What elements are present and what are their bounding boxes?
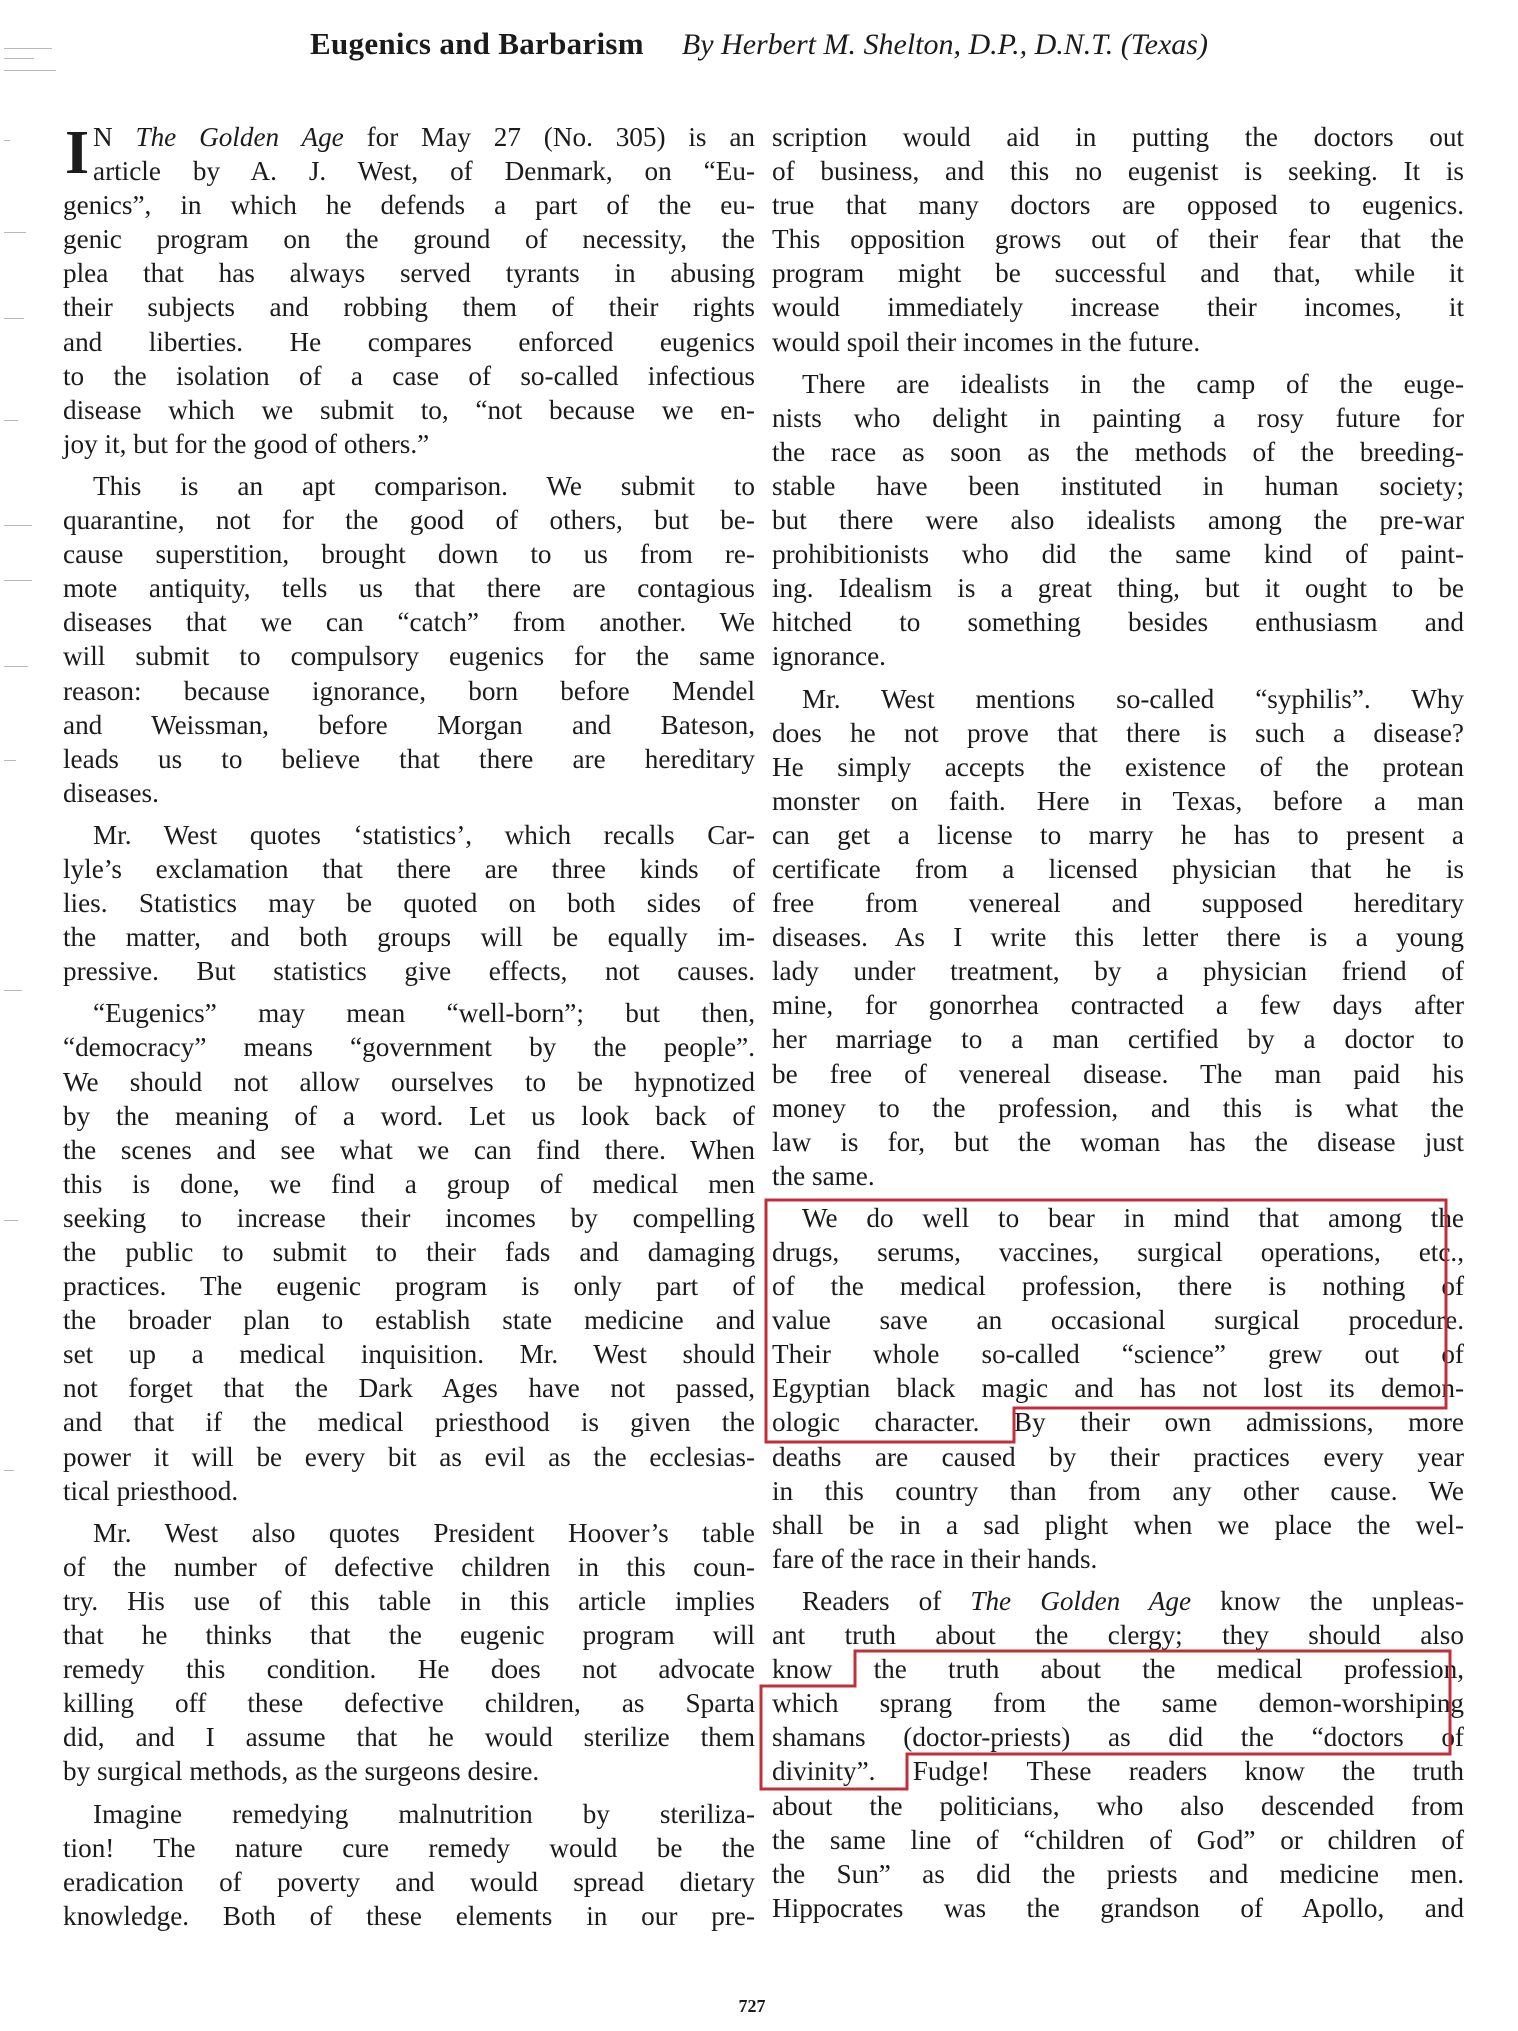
text-line: Their whole so-called “science” grew out… bbox=[772, 1337, 1464, 1371]
text-line: not forget that the Dark Ages have not p… bbox=[63, 1371, 755, 1405]
text-line: mine, for gonorrhea contracted a few day… bbox=[772, 988, 1464, 1022]
text-line: Mr. West mentions so-called “syphilis”. … bbox=[772, 682, 1464, 716]
text-line: Imagine remedying malnutrition by steril… bbox=[63, 1797, 755, 1831]
text-line: Mr. West quotes ‘statistics’, which reca… bbox=[63, 818, 755, 852]
text-line: remedy this condition. He does not advoc… bbox=[63, 1652, 755, 1686]
text-line: fare of the race in their hands. bbox=[772, 1542, 1464, 1576]
article-title: Eugenics and Barbarism bbox=[310, 26, 644, 61]
right-column: scription would aid in putting the docto… bbox=[772, 120, 1464, 1925]
text-line: try. His use of this table in this artic… bbox=[63, 1584, 755, 1618]
text-line: ologic character. By their own admission… bbox=[772, 1405, 1464, 1439]
text-line: and liberties. He compares enforced euge… bbox=[63, 325, 755, 359]
text-line: This opposition grows out of their fear … bbox=[772, 222, 1464, 256]
text-line: money to the profession, and this is wha… bbox=[772, 1091, 1464, 1125]
text-line: quarantine, not for the good of others, … bbox=[63, 503, 755, 537]
text-line: I N The Golden Age for May 27 (No. 305) … bbox=[63, 120, 755, 154]
text-line: divinity”. Fudge! These readers know the… bbox=[772, 1754, 1464, 1788]
text-line: be free of venereal disease. The man pai… bbox=[772, 1057, 1464, 1091]
text-line: program might be successful and that, wh… bbox=[772, 256, 1464, 290]
text-line: about the politicians, who also descende… bbox=[772, 1789, 1464, 1823]
page-number: 727 bbox=[722, 1996, 782, 2017]
publication-title: The Golden Age bbox=[970, 1586, 1191, 1616]
text-line: mote antiquity, tells us that there are … bbox=[63, 571, 755, 605]
text-line: their subjects and robbing them of their… bbox=[63, 290, 755, 324]
text-line: and Weissman, before Morgan and Bateson, bbox=[63, 708, 755, 742]
paragraph: Mr. West also quotes President Hoover’s … bbox=[63, 1516, 755, 1789]
paragraph: There are idealists in the camp of the e… bbox=[772, 367, 1464, 674]
text-line: by surgical methods, as the surgeons des… bbox=[63, 1754, 755, 1788]
left-column: I N The Golden Age for May 27 (No. 305) … bbox=[63, 120, 755, 1933]
text-line: by the meaning of a word. Let us look ba… bbox=[63, 1099, 755, 1133]
text-line: tion! The nature cure remedy would be th… bbox=[63, 1831, 755, 1865]
text-line: the race as soon as the methods of the b… bbox=[772, 435, 1464, 469]
text-line: scription would aid in putting the docto… bbox=[772, 120, 1464, 154]
text-line: monster on faith. Here in Texas, before … bbox=[772, 784, 1464, 818]
text-line: killing off these defective children, as… bbox=[63, 1686, 755, 1720]
text-line: and that if the medical priesthood is gi… bbox=[63, 1405, 755, 1439]
text-line: her marriage to a man certified by a doc… bbox=[772, 1022, 1464, 1056]
text-line: of the number of defective children in t… bbox=[63, 1550, 755, 1584]
text-line: seeking to increase their incomes by com… bbox=[63, 1201, 755, 1235]
text-line: know the truth about the medical profess… bbox=[772, 1652, 1464, 1686]
text-line: joy it, but for the good of others.” bbox=[63, 427, 755, 461]
text-line: shall be in a sad plight when we place t… bbox=[772, 1508, 1464, 1542]
text-line: power it will be every bit as evil as th… bbox=[63, 1440, 755, 1474]
text-line: the same line of “children of God” or ch… bbox=[772, 1823, 1464, 1857]
text-line: genic program on the ground of necessity… bbox=[63, 222, 755, 256]
text-line: the broader plan to establish state medi… bbox=[63, 1303, 755, 1337]
text-line: law is for, but the woman has the diseas… bbox=[772, 1125, 1464, 1159]
text-line: article by A. J. West, of Denmark, on “E… bbox=[63, 154, 755, 188]
text-line: diseases that we can “catch” from anothe… bbox=[63, 605, 755, 639]
text-line: pressive. But statistics give effects, n… bbox=[63, 954, 755, 988]
text-line: the scenes and see what we can find ther… bbox=[63, 1133, 755, 1167]
paragraph: “Eugenics” may mean “well-born”; but the… bbox=[63, 996, 755, 1507]
text-line: that he thinks that the eugenic program … bbox=[63, 1618, 755, 1652]
text-line: practices. The eugenic program is only p… bbox=[63, 1269, 755, 1303]
paragraph-highlighted: We do well to bear in mind that among th… bbox=[772, 1201, 1464, 1576]
text-line: cause superstition, brought down to us f… bbox=[63, 537, 755, 571]
paragraph: This is an apt comparison. We submit to … bbox=[63, 469, 755, 810]
text-line: reason: because ignorance, born before M… bbox=[63, 674, 755, 708]
text-line: of business, and this no eugenist is see… bbox=[772, 154, 1464, 188]
text-line: Egyptian black magic and has not lost it… bbox=[772, 1371, 1464, 1405]
text-line: ignorance. bbox=[772, 639, 1464, 673]
article-heading: Eugenics and Barbarism By Herbert M. She… bbox=[0, 26, 1518, 62]
text-line: the public to submit to their fads and d… bbox=[63, 1235, 755, 1269]
text-line: the Sun” as did the priests and medicine… bbox=[772, 1857, 1464, 1891]
text-line: eradication of poverty and would spread … bbox=[63, 1865, 755, 1899]
text-line: diseases. bbox=[63, 776, 755, 810]
text-line: diseases. As I write this letter there i… bbox=[772, 920, 1464, 954]
text-line: set up a medical inquisition. Mr. West s… bbox=[63, 1337, 755, 1371]
paragraph: scription would aid in putting the docto… bbox=[772, 120, 1464, 359]
text-line: lies. Statistics may be quoted on both s… bbox=[63, 886, 755, 920]
text-line: did, and I assume that he would steriliz… bbox=[63, 1720, 755, 1754]
text-line: prohibitionists who did the same kind of… bbox=[772, 537, 1464, 571]
paragraph: Mr. West quotes ‘statistics’, which reca… bbox=[63, 818, 755, 988]
text-line: “democracy” means “government by the peo… bbox=[63, 1030, 755, 1064]
article-byline: By Herbert M. Shelton, D.P., D.N.T. (Tex… bbox=[682, 28, 1208, 61]
text-line: certificate from a licensed physician th… bbox=[772, 852, 1464, 886]
text-line: tical priesthood. bbox=[63, 1474, 755, 1508]
text-line: This is an apt comparison. We submit to bbox=[63, 469, 755, 503]
text-line: but there were also idealists among the … bbox=[772, 503, 1464, 537]
paragraph: Mr. West mentions so-called “syphilis”. … bbox=[772, 682, 1464, 1193]
text-line: genics”, in which he defends a part of t… bbox=[63, 188, 755, 222]
text-line: in this country than from any other caus… bbox=[772, 1474, 1464, 1508]
text-line: Mr. West also quotes President Hoover’s … bbox=[63, 1516, 755, 1550]
text-line: nists who delight in painting a rosy fut… bbox=[772, 401, 1464, 435]
text-line: hitched to something besides enthusiasm … bbox=[772, 605, 1464, 639]
text-line: value save an occasional surgical proced… bbox=[772, 1303, 1464, 1337]
text-line: lady under treatment, by a physician fri… bbox=[772, 954, 1464, 988]
text-line: We should not allow ourselves to be hypn… bbox=[63, 1065, 755, 1099]
text-line: lyle’s exclamation that there are three … bbox=[63, 852, 755, 886]
paragraph: Imagine remedying malnutrition by steril… bbox=[63, 1797, 755, 1933]
text-line: the same. bbox=[772, 1159, 1464, 1193]
text-line: drugs, serums, vaccines, surgical operat… bbox=[772, 1235, 1464, 1269]
text-line: does he not prove that there is such a d… bbox=[772, 716, 1464, 750]
text-line: this is done, we find a group of medical… bbox=[63, 1167, 755, 1201]
text-line: ing. Idealism is a great thing, but it o… bbox=[772, 571, 1464, 605]
text-line: which sprang from the same demon-worship… bbox=[772, 1686, 1464, 1720]
paragraph-highlighted: Readers of The Golden Age know the unple… bbox=[772, 1584, 1464, 1925]
text-line: would spoil their incomes in the future. bbox=[772, 325, 1464, 359]
text-line: knowledge. Both of these elements in our… bbox=[63, 1899, 755, 1933]
text-line: leads us to believe that there are hered… bbox=[63, 742, 755, 776]
text-line: the matter, and both groups will be equa… bbox=[63, 920, 755, 954]
text-line: He simply accepts the existence of the p… bbox=[772, 750, 1464, 784]
document-page: Eugenics and Barbarism By Herbert M. She… bbox=[0, 0, 1518, 2031]
text-line: to the isolation of a case of so-called … bbox=[63, 359, 755, 393]
text-line: “Eugenics” may mean “well-born”; but the… bbox=[63, 996, 755, 1030]
text-line: There are idealists in the camp of the e… bbox=[772, 367, 1464, 401]
text-line: of the medical profession, there is noth… bbox=[772, 1269, 1464, 1303]
text-line: We do well to bear in mind that among th… bbox=[772, 1201, 1464, 1235]
text-line: Readers of The Golden Age know the unple… bbox=[772, 1584, 1464, 1618]
text-line: will submit to compulsory eugenics for t… bbox=[63, 639, 755, 673]
text-line: shamans (doctor-priests) as did the “doc… bbox=[772, 1720, 1464, 1754]
publication-title: The Golden Age bbox=[135, 122, 343, 152]
text-line: would immediately increase their incomes… bbox=[772, 290, 1464, 324]
text-line: disease which we submit to, “not because… bbox=[63, 393, 755, 427]
text-line: free from venereal and supposed heredita… bbox=[772, 886, 1464, 920]
text-line: ant truth about the clergy; they should … bbox=[772, 1618, 1464, 1652]
text-line: plea that has always served tyrants in a… bbox=[63, 256, 755, 290]
text-line: deaths are caused by their practices eve… bbox=[772, 1440, 1464, 1474]
paragraph: I N The Golden Age for May 27 (No. 305) … bbox=[63, 120, 755, 461]
text-line: stable have been instituted in human soc… bbox=[772, 469, 1464, 503]
text-line: can get a license to marry he has to pre… bbox=[772, 818, 1464, 852]
text-line: true that many doctors are opposed to eu… bbox=[772, 188, 1464, 222]
text-line: Hippocrates was the grandson of Apollo, … bbox=[772, 1891, 1464, 1925]
